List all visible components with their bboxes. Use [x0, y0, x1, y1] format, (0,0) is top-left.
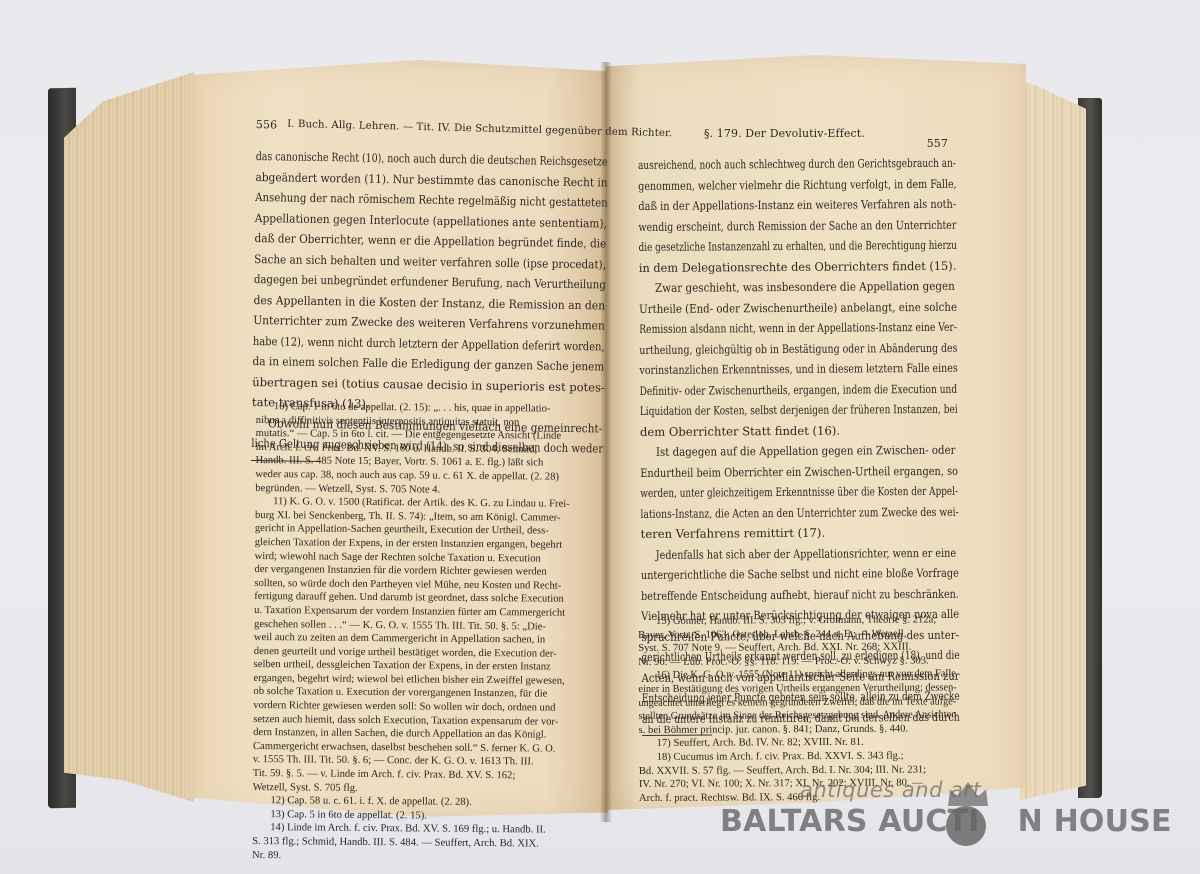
body-line: Jedenfalls hat sich aber der Appellation… [641, 543, 905, 565]
body-line: Remission alsdann nicht, wenn in der App… [639, 317, 891, 339]
body-line: betreffende Entscheidung aufhebt, hierau… [641, 584, 904, 606]
footnote-line: IV. Nr. 270; VI. Nr. 100; X. Nr. 317; XI… [639, 776, 957, 791]
page-stack-right-edge [1020, 80, 1086, 800]
body-line: in dem Delegationsrechte des Oberrichter… [639, 255, 951, 278]
body-line: urtheilung, gleichgültig ob in Bestätigu… [639, 338, 897, 360]
body-line: dem Oberrichter Statt findet (16). [640, 419, 958, 442]
body-line: ausreichend, noch auch schlechtweg durch… [638, 153, 884, 175]
body-line: wendig erscheint, durch Remission der Sa… [638, 215, 896, 237]
watermark-title: BALTARS AUCTIN HOUSE [720, 804, 1172, 839]
body-line: die gesetzliche Instanzenzahl zu erhalte… [639, 235, 880, 257]
body-line: Zwar geschieht, was insbesondere die App… [639, 276, 923, 298]
body-line: genommen, welcher vielmehr die Richtung … [638, 174, 900, 196]
left-page-number: 556 [256, 118, 278, 132]
body-line: Endurtheil beim Oberrichter ein Zwischen… [640, 461, 909, 483]
body-line: Ist dagegen auf die Appellation gegen ei… [640, 440, 921, 462]
page-stack-left-edge [64, 72, 194, 802]
footnote-line: 15) Gönner, Handb. III. S. 303 flg.; v. … [638, 613, 956, 628]
right-page-number: 557 [927, 137, 948, 150]
watermark-title-part1: BALTARS AUCTI [720, 804, 980, 839]
footnote-line: Syst. S. 707 Note 9. — Seuffert, Arch. B… [638, 641, 956, 656]
body-line: Definitiv- oder Zwischenurtheils, ergang… [640, 379, 888, 401]
body-line: Urtheile (End- oder Zwischenurtheile) an… [639, 297, 919, 319]
body-line: vorinstanzlichen Erkenntnisses, und in d… [639, 358, 898, 380]
body-line: teren Verfahrens remittirt (17). [641, 522, 959, 545]
globe-icon [946, 806, 986, 846]
body-line: Liquidation der Kosten, selbst derjenige… [640, 399, 888, 421]
body-line: lations-Instanz, die Acten an den Unterr… [640, 502, 893, 524]
footnote-line: stellten Grundsätze im Sinne der Reichsg… [638, 709, 946, 724]
watermark-title-part2: N HOUSE [1018, 804, 1172, 839]
body-line: werden, unter gleichzeitigem Erkenntniss… [640, 481, 883, 503]
body-line: daß in der Appellations-Instanz ein weit… [638, 194, 907, 216]
footnote-line: Arch. f. pract. Rechtsw. Bd. IX. S. 466 … [639, 790, 957, 805]
left-footnotes: 10) Cap. 1 in 6to de appellat. (2. 15): … [252, 400, 608, 865]
right-footnotes: 15) Gönner, Handb. III. S. 303 flg.; v. … [638, 613, 957, 805]
body-line: untergerichtliche die Sache selbst und n… [641, 563, 907, 585]
right-running-head-title: §. 179. Der Devolutiv-Effect. [704, 127, 865, 140]
footnote-line: Nr. 89. [252, 849, 604, 866]
